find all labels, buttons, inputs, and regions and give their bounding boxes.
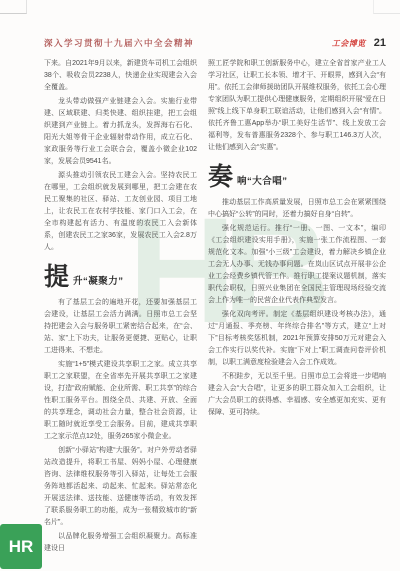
page-header: 深入学习贯彻十九届六中全会精神 工会博览 21 [44, 36, 386, 50]
paragraph: 推动基层工作高质量发展，日照市总工会在紧紧围绕中心搞好“公转”的同时，还着力搞好… [208, 197, 386, 221]
article-body: 下来。自2021年9月以来，新建货车司机工会组织38个、吸收会员2238人，快递… [44, 58, 386, 557]
magazine-page: HB 深入学习贯彻十九届六中全会精神 工会博览 21 下来。自2021年9月以来… [0, 0, 400, 571]
section-heading-text: 升“凝聚力” [73, 273, 124, 287]
section-heading-drop-char: 奏 [208, 165, 233, 190]
corner-mark-top-left [0, 0, 27, 14]
page-number: 21 [374, 37, 386, 49]
section-heading-text: 响“大合唱” [237, 173, 288, 187]
paragraph: 有了基层工会的遍地开花，还要加强基层工会建设，让基层工会活力满满。日照市总工会坚… [44, 297, 197, 357]
section-heading: 提升“凝聚力” [44, 265, 197, 290]
paragraph: 源头推动引领农民工建会入会。坚持农民工在哪里，工会组织就发展到哪里，把工会建在农… [44, 170, 197, 254]
paragraph: 强化规范运行。推行“一册、一图、一文本”，编印《工会组织建设实用手册》，实施一张… [208, 223, 386, 307]
right-column: 照工匠学院和职工创新服务中心，建立全省首家产业工人学习社区，让职工长本领、增才干… [208, 58, 386, 557]
section-strip-title: 深入学习贯彻十九届六中全会精神 [44, 37, 194, 49]
section-heading: 奏响“大合唱” [208, 165, 386, 190]
left-column: 下来。自2021年9月以来，新建货车司机工会组织38个、吸收会员2238人，快递… [44, 58, 197, 557]
paragraph: 以品牌化服务增强工会组织凝聚力。高标准建设日 [44, 531, 197, 555]
paragraph: 不积跬步，无以至千里。日照市总工会将进一步唱响建会入会“大合唱”，让更多的职工群… [208, 371, 386, 419]
paragraph: 龙头带动做强产业链建会入会。实施行业带建、区域联建、归类快建、组织挂建，把工会组… [44, 96, 197, 168]
corner-logo-watermark: HR [0, 524, 42, 569]
paragraph: 下来。自2021年9月以来，新建货车司机工会组织38个、吸收会员2238人，快递… [44, 58, 197, 94]
paragraph: 创新“小驿站”构建“大服务”。对户外劳动者驿站改造提升，将职工书屋、妈妈小屋、心… [44, 445, 197, 529]
paragraph: 照工匠学院和职工创新服务中心，建立全省首家产业工人学习社区，让职工长本领、增才干… [208, 58, 386, 154]
paragraph: 实施“1+5”模式建设共享职工之家。成立共享职工之家联盟，在全省率先开展共享职工… [44, 359, 197, 443]
magazine-logo: 工会博览 [332, 38, 366, 49]
paragraph: 强化双向考评。制定《基层组织建设考核办法》，通过“月通报、季亮榜、年终综合排名”… [208, 309, 386, 369]
section-heading-drop-char: 提 [44, 265, 69, 290]
corner-mark-top-right [373, 0, 400, 14]
